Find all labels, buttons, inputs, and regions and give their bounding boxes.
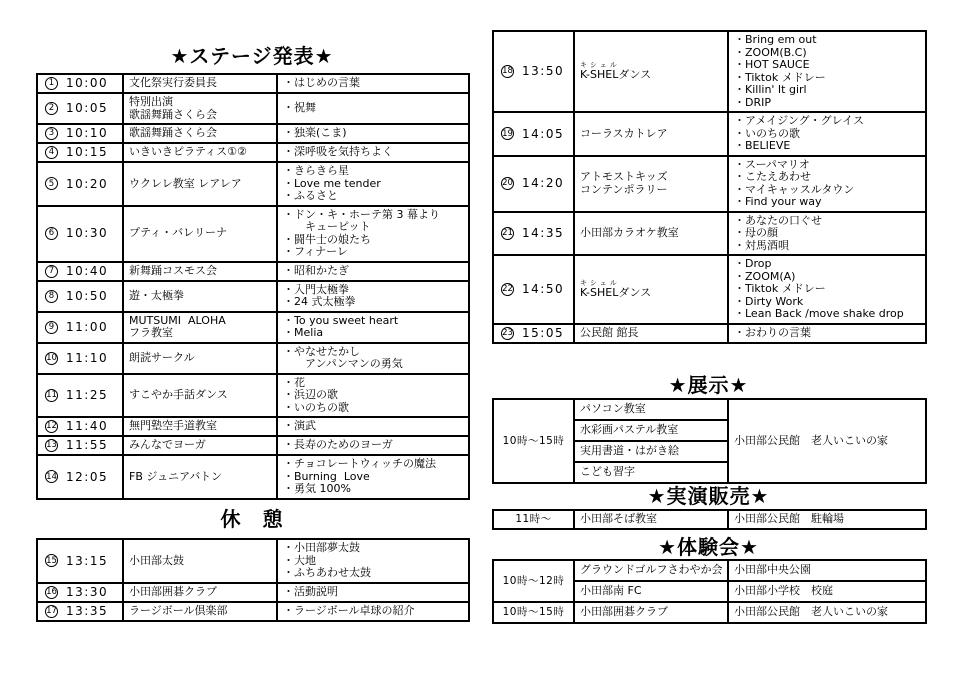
time-wrap: 2315:05 [498,327,569,340]
program-cell: ・活動説明 [277,583,469,602]
circled-number: 2 [45,102,58,115]
time-wrap: 1211:40 [42,420,118,433]
time-cell: 1011:10 [37,343,123,374]
performer-line: K-SHELダンス [580,287,722,300]
program-item: ・おわりの言葉 [734,327,920,340]
program-cell: ・Drop・ZOOM(A)・Tiktok メドレー・Dirty Work・Lea… [728,255,926,324]
program-cell: ・祝舞 [277,93,469,124]
stage-row: 911:00MUTSUMI ALOHAフラ教室・To you sweet hea… [37,312,469,343]
performer-line: いきいきピラティス①② [129,146,271,159]
program-item: ・祝舞 [283,102,463,115]
time-wrap: 810:50 [42,290,118,303]
performer-cell: キシェルK-SHELダンス [574,255,728,324]
performer-line: すこやか手話ダンス [129,389,271,402]
time-label: 13:15 [66,555,108,568]
stage-table-afternoon-2-body: 1813:50キシェルK-SHELダンス・Bring em out・ZOOM(B… [493,31,926,343]
time-label: 10:20 [66,178,108,191]
program-item: ・Lean Back /move shake drop [734,308,920,321]
stage-row: 2014:20アトモストキッズコンテンポラリー・スーパマリオ・こたえあわせ・マイ… [493,156,926,212]
performer-cell: 小田部囲碁クラブ [123,583,277,602]
performer-cell: 朗読サークル [123,343,277,374]
demo-sale-row: 11時～小田部そば教室小田部公民館 駐輪場 [493,510,926,529]
trial-section-title: ★体験会★ [492,531,925,560]
trial-group-cell: 小田部囲碁クラブ [574,602,728,623]
program-page: { "stage": { "title": "★ステージ発表★", "break… [0,0,960,677]
stage-row: 1211:40無門塾空手道教室・演武 [37,417,469,436]
stage-table-afternoon-2: 1813:50キシェルK-SHELダンス・Bring em out・ZOOM(B… [492,30,927,344]
performer-cell: 小田部太鼓 [123,539,277,583]
program-cell: ・演武 [277,417,469,436]
time-wrap: 210:05 [42,102,118,115]
time-label: 10:30 [66,227,108,240]
exhibition-row: 10時～15時パソコン教室小田部公民館 老人いこいの家 [493,399,926,420]
stage-row: 2114:35小田部カラオケ教室・あなたの口ぐせ・母の顔・対馬酒唄 [493,212,926,256]
exhibition-table-body: 10時～15時パソコン教室小田部公民館 老人いこいの家水彩画パステル教室実用書道… [493,399,926,483]
program-cell: ・アメイジング・グレイス・いのちの歌・BELIEVE [728,112,926,156]
time-cell: 710:40 [37,262,123,281]
program-item: キューピット [283,221,463,234]
trial-location-cell: 小田部中央公園 [728,560,926,581]
demo-sale-section-title: ★実演販売★ [492,480,925,509]
time-cell: 1311:55 [37,436,123,455]
program-item: ・フィナーレ [283,246,463,259]
stage-row: 310:10歌謡舞踊さくら会・独楽(こま) [37,124,469,143]
time-cell: 410:15 [37,143,123,162]
program-cell: ・ラージボール卓球の紹介 [277,602,469,621]
time-label: 13:35 [66,605,108,618]
exhibition-time-cell: 10時～15時 [493,399,574,483]
circled-number: 11 [45,389,58,402]
time-label: 14:35 [522,227,564,240]
performer-line: ラージボール倶楽部 [129,605,271,618]
program-item: ・ふちあわせ太鼓 [283,567,463,580]
time-cell: 310:10 [37,124,123,143]
time-label: 14:05 [522,128,564,141]
time-label: 12:05 [66,471,108,484]
time-wrap: 1311:55 [42,439,118,452]
program-cell: ・おわりの言葉 [728,324,926,343]
program-item: ・ラージボール卓球の紹介 [283,605,463,618]
trial-table-body: 10時～12時グラウンドゴルフさわやか会小田部中央公園小田部南 FC小田部小学校… [493,560,926,623]
time-wrap: 1111:25 [42,389,118,402]
trial-group-cell: グラウンドゴルフさわやか会 [574,560,728,581]
time-cell: 2315:05 [493,324,574,343]
time-wrap: 1813:50 [498,65,569,78]
time-wrap: 710:40 [42,265,118,278]
exhibition-class-cell: 水彩画パステル教室 [574,420,728,441]
program-item: ・小田部夢太鼓 [283,542,463,555]
circled-number: 3 [45,127,58,140]
stage-row: 710:40新舞踊コスモス会・昭和かたぎ [37,262,469,281]
program-item: アンパンマンの勇気 [283,358,463,371]
performer-line: フラ教室 [129,327,271,340]
circled-number: 20 [501,177,514,190]
program-cell: ・To you sweet heart・Melia [277,312,469,343]
time-label: 13:30 [66,586,108,599]
stage-row: 610:30プティ・バレリーナ・ドン・キ・ホーテ第 3 幕より キューピット・闘… [37,206,469,262]
program-cell: ・入門太極拳・24 式太極拳 [277,281,469,312]
stage-row: 2214:50キシェルK-SHELダンス・Drop・ZOOM(A)・Tiktok… [493,255,926,324]
demo-sale-table-body: 11時～小田部そば教室小田部公民館 駐輪場 [493,510,926,529]
performer-cell: 特別出演歌謡舞踊さくら会 [123,93,277,124]
time-cell: 2014:20 [493,156,574,212]
time-label: 11:25 [66,389,108,402]
performer-line: K-SHELダンス [580,69,722,82]
performer-cell: ウクレレ教室 レアレア [123,162,277,206]
program-item: ・いのちの歌 [283,402,463,415]
time-cell: 2114:35 [493,212,574,256]
program-item: ・アメイジング・グレイス [734,115,920,128]
time-label: 10:15 [66,146,108,159]
stage-row: 1613:30小田部囲碁クラブ・活動説明 [37,583,469,602]
stage-table-afternoon-1: 1513:15小田部太鼓・小田部夢太鼓・大地・ふちあわせ太鼓1613:30小田部… [36,538,470,622]
time-wrap: 1513:15 [42,554,118,567]
performer-line: コンテンポラリー [580,184,722,197]
time-wrap: 310:10 [42,127,118,140]
stage-row: 2315:05公民館 館長・おわりの言葉 [493,324,926,343]
performer-line: みんなでヨーガ [129,439,271,452]
performer-line: 小田部カラオケ教室 [580,227,722,240]
time-cell: 1412:05 [37,455,123,499]
time-cell: 1211:40 [37,417,123,436]
circled-number: 6 [45,227,58,240]
program-item: ・母の顔 [734,227,920,240]
performer-line: 小田部太鼓 [129,555,271,568]
program-cell: ・小田部夢太鼓・大地・ふちあわせ太鼓 [277,539,469,583]
stage-section-title: ★ステージ発表★ [36,40,468,69]
stage-row: 510:20ウクレレ教室 レアレア・きらきら星・Love me tender・ふ… [37,162,469,206]
time-cell: 1713:35 [37,602,123,621]
time-cell: 210:05 [37,93,123,124]
time-label: 11:40 [66,420,108,433]
time-wrap: 2114:35 [498,227,569,240]
demo-sale-group-cell: 小田部そば教室 [574,510,728,529]
program-item: ・Drop [734,258,920,271]
performer-cell: コーラスカトレア [574,112,728,156]
program-item: ・演武 [283,420,463,433]
program-item: ・24 式太極拳 [283,296,463,309]
program-item: ・Find your way [734,196,920,209]
circled-number: 7 [45,265,58,278]
circled-number: 21 [501,227,514,240]
performer-cell: 公民館 館長 [574,324,728,343]
time-label: 11:00 [66,321,108,334]
time-label: 10:10 [66,127,108,140]
program-cell: ・昭和かたぎ [277,262,469,281]
program-cell: ・長寿のためのヨーガ [277,436,469,455]
program-item: ・独楽(こま) [283,127,463,140]
trial-row: 10時～15時小田部囲碁クラブ小田部公民館 老人いこいの家 [493,602,926,623]
time-cell: 1613:30 [37,583,123,602]
circled-number: 16 [45,586,58,599]
program-cell: ・やなせたかし アンパンマンの勇気 [277,343,469,374]
exhibition-class-cell: パソコン教室 [574,399,728,420]
time-wrap: 2014:20 [498,177,569,190]
time-label: 14:20 [522,177,564,190]
performer-line: 遊・太極拳 [129,290,271,303]
time-cell: 610:30 [37,206,123,262]
program-item: ・活動説明 [283,586,463,599]
performer-cell: 新舞踊コスモス会 [123,262,277,281]
performer-line: プティ・バレリーナ [129,227,271,240]
time-label: 10:50 [66,290,108,303]
circled-number: 10 [45,352,58,365]
performer-cell: 遊・太極拳 [123,281,277,312]
time-wrap: 1613:30 [42,586,118,599]
program-cell: ・独楽(こま) [277,124,469,143]
program-item: ・深呼吸を気持ちよく [283,146,463,159]
time-wrap: 911:00 [42,321,118,334]
circled-number: 13 [45,439,58,452]
demo-sale-time-cell: 11時～ [493,510,574,529]
time-wrap: 1412:05 [42,470,118,483]
performer-cell: アトモストキッズコンテンポラリー [574,156,728,212]
program-cell: ・花・浜辺の歌・いのちの歌 [277,374,469,418]
program-item: ・勇気 100% [283,483,463,496]
program-cell: ・あなたの口ぐせ・母の顔・対馬酒唄 [728,212,926,256]
program-item: ・ふるさと [283,190,463,203]
time-wrap: 1011:10 [42,352,118,365]
time-cell: 810:50 [37,281,123,312]
trial-location-cell: 小田部公民館 老人いこいの家 [728,602,926,623]
program-item: ・昭和かたぎ [283,265,463,278]
circled-number: 8 [45,290,58,303]
performer-cell: 文化祭実行委員長 [123,74,277,93]
performer-cell: みんなでヨーガ [123,436,277,455]
exhibition-section-title: ★展示★ [492,369,925,398]
program-item: ・Killin' It girl [734,84,920,97]
stage-table-morning-body: 110:00文化祭実行委員長・はじめの言葉210:05特別出演歌謡舞踊さくら会・… [37,74,469,499]
performer-cell: プティ・バレリーナ [123,206,277,262]
program-cell: ・Bring em out・ZOOM(B.C)・HOT SAUCE・Tiktok… [728,31,926,112]
program-item: ・はじめの言葉 [283,77,463,90]
performer-line: 無門塾空手道教室 [129,420,271,433]
demo-sale-location-cell: 小田部公民館 駐輪場 [728,510,926,529]
program-cell: ・はじめの言葉 [277,74,469,93]
performer-cell: MUTSUMI ALOHAフラ教室 [123,312,277,343]
circled-number: 14 [45,470,58,483]
performer-line: 新舞踊コスモス会 [129,265,271,278]
time-wrap: 510:20 [42,177,118,190]
trial-table: 10時～12時グラウンドゴルフさわやか会小田部中央公園小田部南 FC小田部小学校… [492,559,927,624]
performer-cell: FB ジュニアバトン [123,455,277,499]
performer-cell: いきいきピラティス①② [123,143,277,162]
break-title: 休 憩 [36,503,468,532]
program-item: ・こたえあわせ [734,171,920,184]
performer-line: 歌謡舞踊さくら会 [129,109,271,122]
performer-line: 公民館 館長 [580,327,722,340]
program-item: ・長寿のためのヨーガ [283,439,463,452]
trial-time-cell: 10時～15時 [493,602,574,623]
time-label: 14:50 [522,283,564,296]
time-cell: 1513:15 [37,539,123,583]
program-item: ・浜辺の歌 [283,389,463,402]
circled-number: 18 [501,65,514,78]
time-label: 10:40 [66,265,108,278]
program-item: ・BELIEVE [734,140,920,153]
exhibition-location-cell: 小田部公民館 老人いこいの家 [728,399,926,483]
circled-number: 1 [45,77,58,90]
exhibition-table: 10時～15時パソコン教室小田部公民館 老人いこいの家水彩画パステル教室実用書道… [492,398,927,484]
stage-row: 1713:35ラージボール倶楽部・ラージボール卓球の紹介 [37,602,469,621]
program-cell: ・スーパマリオ・こたえあわせ・マイキャッスルタウン・Find your way [728,156,926,212]
time-cell: 2214:50 [493,255,574,324]
program-cell: ・チョコレートウィッチの魔法・Burning Love・勇気 100% [277,455,469,499]
circled-number: 19 [501,127,514,140]
time-label: 10:00 [66,77,108,90]
performer-line: 歌謡舞踊さくら会 [129,127,271,140]
stage-row: 1513:15小田部太鼓・小田部夢太鼓・大地・ふちあわせ太鼓 [37,539,469,583]
trial-location-cell: 小田部小学校 校庭 [728,581,926,602]
time-label: 11:55 [66,439,108,452]
trial-group-cell: 小田部南 FC [574,581,728,602]
program-cell: ・ドン・キ・ホーテ第 3 幕より キューピット・闘牛士の娘たち・フィナーレ [277,206,469,262]
performer-cell: キシェルK-SHELダンス [574,31,728,112]
circled-number: 23 [501,327,514,340]
time-wrap: 1914:05 [498,127,569,140]
performer-line: 文化祭実行委員長 [129,77,271,90]
stage-row: 1813:50キシェルK-SHELダンス・Bring em out・ZOOM(B… [493,31,926,112]
stage-row: 1111:25すこやか手話ダンス・花・浜辺の歌・いのちの歌 [37,374,469,418]
program-cell: ・深呼吸を気持ちよく [277,143,469,162]
performer-line: ウクレレ教室 レアレア [129,178,271,191]
stage-row: 1914:05コーラスカトレア・アメイジング・グレイス・いのちの歌・BELIEV… [493,112,926,156]
program-item: ・チョコレートウィッチの魔法 [283,458,463,471]
stage-row: 110:00文化祭実行委員長・はじめの言葉 [37,74,469,93]
stage-row: 410:15いきいきピラティス①②・深呼吸を気持ちよく [37,143,469,162]
performer-line: 特別出演 [129,96,271,109]
time-cell: 1111:25 [37,374,123,418]
circled-number: 17 [45,605,58,618]
time-cell: 911:00 [37,312,123,343]
circled-number: 4 [45,146,58,159]
time-cell: 110:00 [37,74,123,93]
performer-cell: 歌謡舞踊さくら会 [123,124,277,143]
time-wrap: 110:00 [42,77,118,90]
time-cell: 1813:50 [493,31,574,112]
time-label: 11:10 [66,352,108,365]
demo-sale-table: 11時～小田部そば教室小田部公民館 駐輪場 [492,509,927,530]
stage-row: 1412:05FB ジュニアバトン・チョコレートウィッチの魔法・Burning … [37,455,469,499]
time-wrap: 610:30 [42,227,118,240]
circled-number: 15 [45,554,58,567]
time-label: 10:05 [66,102,108,115]
performer-line: 朗読サークル [129,352,271,365]
time-cell: 510:20 [37,162,123,206]
performer-line: アトモストキッズ [580,171,722,184]
stage-table-afternoon-1-body: 1513:15小田部太鼓・小田部夢太鼓・大地・ふちあわせ太鼓1613:30小田部… [37,539,469,621]
performer-line: コーラスカトレア [580,128,722,141]
circled-number: 22 [501,283,514,296]
program-item: ・Melia [283,327,463,340]
performer-cell: 無門塾空手道教室 [123,417,277,436]
circled-number: 12 [45,420,58,433]
time-wrap: 2214:50 [498,283,569,296]
stage-row: 1011:10朗読サークル・やなせたかし アンパンマンの勇気 [37,343,469,374]
performer-line: 小田部囲碁クラブ [129,586,271,599]
program-item: ・HOT SAUCE [734,59,920,72]
performer-cell: 小田部カラオケ教室 [574,212,728,256]
program-item: ・Tiktok メドレー [734,283,920,296]
time-wrap: 410:15 [42,146,118,159]
program-item: ・対馬酒唄 [734,240,920,253]
stage-row: 210:05特別出演歌謡舞踊さくら会・祝舞 [37,93,469,124]
performer-cell: ラージボール倶楽部 [123,602,277,621]
circled-number: 9 [45,321,58,334]
program-item: ・Bring em out [734,34,920,47]
stage-row: 1311:55みんなでヨーガ・長寿のためのヨーガ [37,436,469,455]
time-label: 13:50 [522,65,564,78]
program-item: ・DRIP [734,97,920,110]
time-cell: 1914:05 [493,112,574,156]
performer-line: FB ジュニアバトン [129,471,271,484]
time-label: 15:05 [522,327,564,340]
trial-row: 10時～12時グラウンドゴルフさわやか会小田部中央公園 [493,560,926,581]
stage-row: 810:50遊・太極拳・入門太極拳・24 式太極拳 [37,281,469,312]
performer-cell: すこやか手話ダンス [123,374,277,418]
program-cell: ・きらきら星・Love me tender・ふるさと [277,162,469,206]
stage-table-morning: 110:00文化祭実行委員長・はじめの言葉210:05特別出演歌謡舞踊さくら会・… [36,73,470,500]
time-wrap: 1713:35 [42,605,118,618]
circled-number: 5 [45,177,58,190]
trial-time-cell: 10時～12時 [493,560,574,602]
exhibition-class-cell: 実用書道・はがき絵 [574,441,728,462]
program-item: ・きらきら星 [283,165,463,178]
